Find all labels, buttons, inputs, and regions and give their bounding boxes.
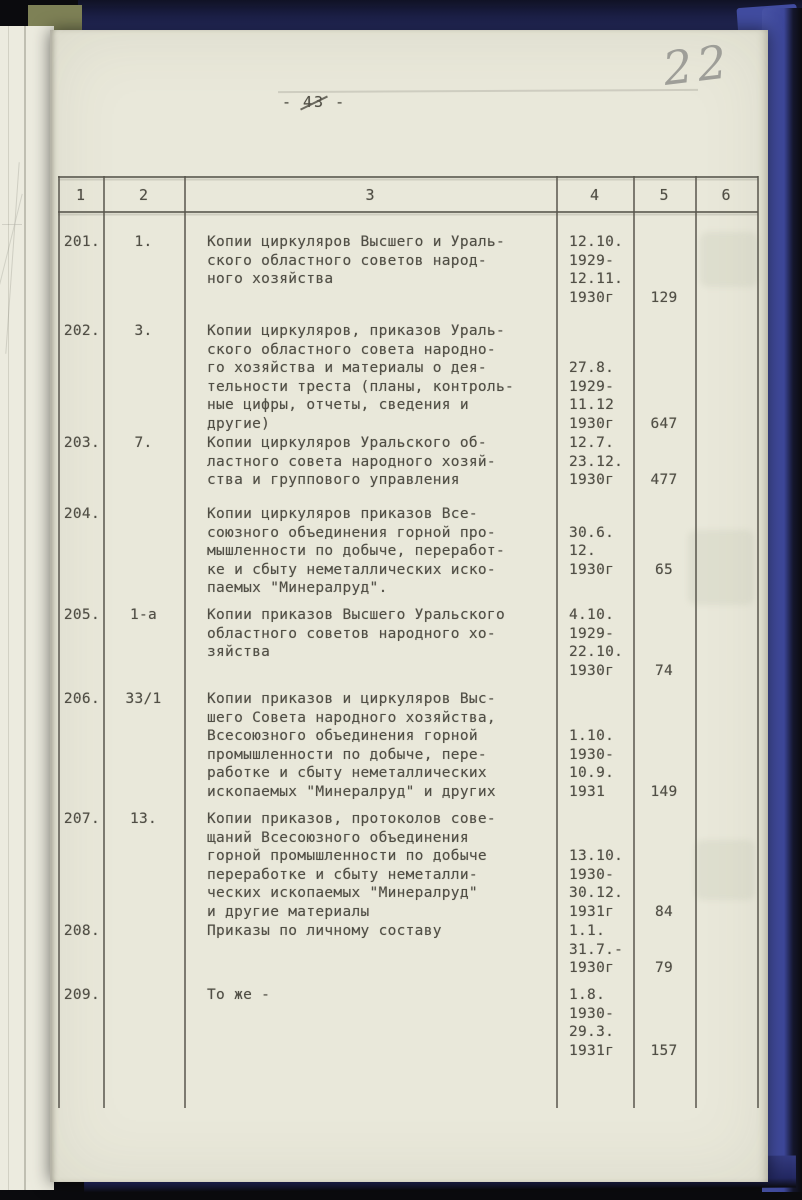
table-vertical-line — [58, 176, 60, 1108]
sheet-count: 74 — [633, 606, 695, 680]
row-number: 205. — [58, 606, 102, 625]
row-number: 208. — [58, 922, 102, 941]
sheet-count: 477 — [633, 434, 695, 490]
date-range: 27.8. 1929- 11.12 1930г — [569, 322, 633, 433]
page-content-layer: 22 -43- 123456 201.1.Копии циркуляров Вы… — [0, 0, 802, 1200]
old-inventory-number: 33/1 — [103, 690, 184, 709]
sheet-count: 84 — [633, 810, 695, 921]
struck-number: 43 — [303, 93, 325, 111]
file-description: То же - — [207, 986, 559, 1005]
date-range: 1.1. 31.7.- 1930г — [569, 922, 633, 978]
column-header-2: 2 — [103, 181, 184, 209]
row-number: 203. — [58, 434, 102, 453]
table-vertical-line — [184, 176, 186, 1108]
table-vertical-line — [695, 176, 697, 1108]
pencil-page-number: 22 — [660, 34, 735, 96]
table-vertical-line — [103, 176, 105, 1108]
old-inventory-number: 7. — [103, 434, 184, 453]
sheet-count: 149 — [633, 690, 695, 801]
file-description: Копии циркуляров Уральского об- ластного… — [207, 434, 559, 490]
row-number: 206. — [58, 690, 102, 709]
column-header-4: 4 — [556, 181, 633, 209]
bleedthrough-smudge — [695, 840, 755, 900]
table-vertical-line — [757, 176, 759, 1108]
date-range: 12.10. 1929- 12.11. 1930г — [569, 233, 633, 307]
file-description: Приказы по личному составу — [207, 922, 559, 941]
row-number: 202. — [58, 322, 102, 341]
sheet-count: 129 — [633, 233, 695, 307]
column-header-6: 6 — [695, 181, 757, 209]
row-number: 201. — [58, 233, 102, 252]
typed-page-number: -43- — [282, 93, 346, 111]
old-inventory-number: 13. — [103, 810, 184, 829]
file-description: Копии приказов и циркуляров Выс- шего Со… — [207, 690, 559, 801]
table-header-border — [58, 211, 758, 213]
date-range: 1.8. 1930- 29.3. 1931г — [569, 986, 633, 1060]
old-inventory-number: 1. — [103, 233, 184, 252]
sheet-count: 647 — [633, 322, 695, 433]
sheet-count: 65 — [633, 505, 695, 579]
typed-number-prefix: - — [282, 93, 293, 111]
file-description: Копии циркуляров Высшего и Ураль- ского … — [207, 233, 559, 289]
sheet-count: 157 — [633, 986, 695, 1060]
column-header-1: 1 — [58, 181, 103, 209]
old-inventory-number: 1-а — [103, 606, 184, 625]
row-number: 204. — [58, 505, 102, 524]
archival-scan: 22 -43- 123456 201.1.Копии циркуляров Вы… — [0, 0, 802, 1200]
old-inventory-number: 3. — [103, 322, 184, 341]
date-range: 1.10. 1930- 10.9. 1931 — [569, 690, 633, 801]
file-description: Копии циркуляров, приказов Ураль- ского … — [207, 322, 559, 433]
date-range: 30.6. 12. 1930г — [569, 505, 633, 579]
file-description: Копии приказов Высшего Уральского област… — [207, 606, 559, 662]
date-range: 4.10. 1929- 22.10. 1930г — [569, 606, 633, 680]
row-number: 207. — [58, 810, 102, 829]
bleedthrough-smudge — [688, 530, 754, 605]
column-header-3: 3 — [184, 181, 556, 209]
file-description: Копии приказов, протоколов сове- щаний В… — [207, 810, 559, 921]
typed-number-suffix: - — [335, 93, 346, 111]
sheet-count: 79 — [633, 922, 695, 978]
row-number: 209. — [58, 986, 102, 1005]
column-header-5: 5 — [633, 181, 695, 209]
date-range: 13.10. 1930- 30.12. 1931г — [569, 810, 633, 921]
file-description: Копии циркуляров приказов Все- союзного … — [207, 505, 559, 598]
bleedthrough-smudge — [700, 232, 758, 287]
table-top-border — [58, 176, 758, 178]
date-range: 12.7. 23.12. 1930г — [569, 434, 633, 490]
